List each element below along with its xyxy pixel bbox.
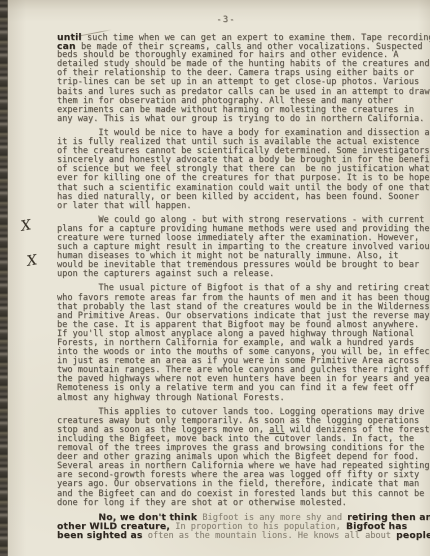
margin-x-mark-1: X (20, 217, 33, 234)
paragraph: The usual picture of Bigfoot is that of … (57, 284, 430, 402)
text-line: or later that will happen. (57, 202, 430, 211)
paper-background: -3- X X until such time when we can get … (0, 0, 430, 556)
typed-text: almost any highway through National Fore… (57, 393, 285, 403)
paragraph: No, we don't think Bigfoot is any more s… (57, 513, 430, 540)
page-number: -3- (0, 15, 430, 25)
text-line: until such time when we can get an exper… (57, 33, 430, 42)
text-line: done for long if they are shot at or oth… (57, 499, 430, 508)
handwritten-text: been sighted as (57, 530, 143, 541)
typed-text: done for long if they are shot at or oth… (57, 498, 347, 508)
handwritten-text: people, (396, 530, 430, 541)
paragraph: This applies to cutover lands too. Loggi… (57, 408, 430, 508)
typed-text: often as the mountain lions. He knows al… (143, 531, 397, 541)
text-line: any way. This is what our group is tryin… (57, 115, 430, 124)
typed-text: or later that will happen. (57, 201, 192, 211)
text-block: until such time when we can get an exper… (57, 33, 430, 545)
paragraph: until such time when we can get an exper… (57, 33, 430, 124)
typed-text: upon the capturers against such a releas… (57, 269, 274, 279)
paragraph: It would be nice to have a body for exam… (57, 129, 430, 211)
paragraph: We could go along - but with strong rese… (57, 216, 430, 280)
margin-x-mark-2: X (26, 252, 39, 269)
binding-edge (0, 0, 8, 556)
text-line: almost any highway through National Fore… (57, 394, 430, 403)
text-line: upon the capturers against such a releas… (57, 270, 430, 279)
text-line: been sighted as often as the mountain li… (57, 531, 430, 540)
scanned-document-page: { "colors": { "paper": "#e9e5d7", "typed… (0, 0, 430, 556)
typed-text: any way. This is what our group is tryin… (57, 114, 424, 124)
